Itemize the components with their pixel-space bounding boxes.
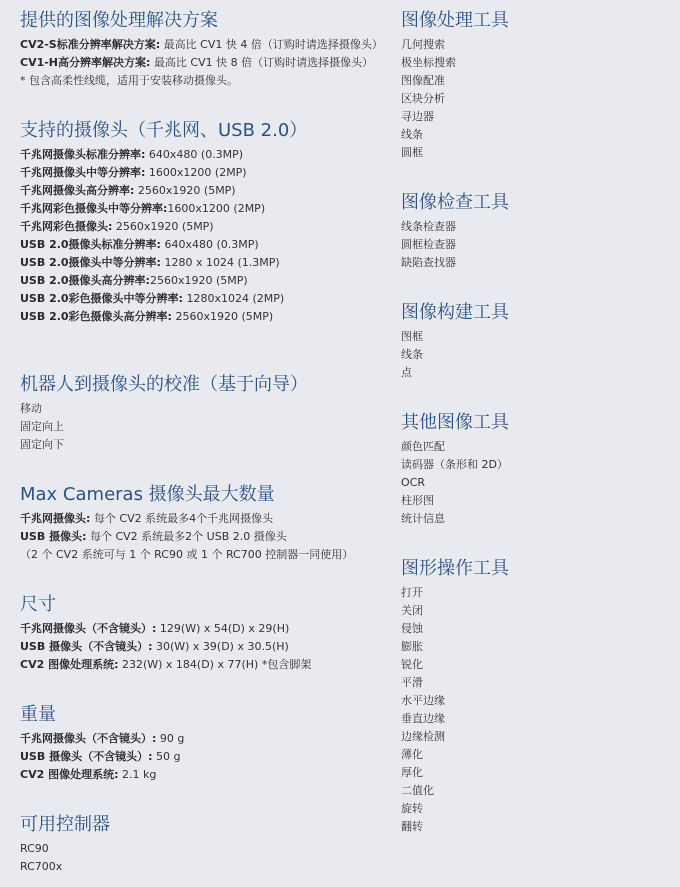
spec-section: Max Cameras 摄像头最大数量千兆网摄像头: 每个 CV2 系统最多4个… — [20, 483, 353, 564]
section-lines: CV2-S标准分辨率解决方案: 最高比 CV1 快 4 倍（订购时请选择摄像头）… — [20, 36, 383, 90]
spec-label: USB 2.0摄像头中等分辨率: — [20, 256, 161, 269]
tool-item: 侵蚀 — [401, 620, 509, 638]
spec-value: 90 g — [156, 732, 184, 745]
tool-list: 图框线条点 — [401, 328, 509, 382]
spec-label: 千兆网彩色摄像头: — [20, 220, 112, 233]
spec-value: 2.1 kg — [118, 768, 156, 781]
spec-label: 千兆网摄像头: — [20, 512, 90, 525]
spec-label: USB 2.0彩色摄像头高分辨率: — [20, 310, 172, 323]
spec-section: 可用控制器RC90RC700x — [20, 813, 110, 876]
spec-value: 1600x1200 (2MP) — [167, 202, 265, 215]
spec-line: USB 2.0彩色摄像头中等分辨率: 1280x1024 (2MP) — [20, 290, 307, 308]
spec-line: 固定向上 — [20, 418, 308, 436]
section-title: 图像构建工具 — [401, 301, 509, 325]
tool-item: 圆框 — [401, 144, 509, 162]
section-lines: 千兆网摄像头（不含镜头）: 90 gUSB 摄像头（不含镜头）: 50 gCV2… — [20, 730, 184, 784]
spec-value: 2560x1920 (5MP) — [150, 274, 248, 287]
section-lines: 千兆网摄像头: 每个 CV2 系统最多4个千兆网摄像头USB 摄像头: 每个 C… — [20, 510, 353, 564]
spec-line: （2 个 CV2 系统可与 1 个 RC90 或 1 个 RC700 控制器一同… — [20, 546, 353, 564]
spec-line: USB 2.0摄像头中等分辨率: 1280 x 1024 (1.3MP) — [20, 254, 307, 272]
spec-line: 千兆网摄像头标准分辨率: 640x480 (0.3MP) — [20, 146, 307, 164]
section-title: 图像检查工具 — [401, 191, 509, 215]
spec-line: 千兆网摄像头（不含镜头）: 90 g — [20, 730, 184, 748]
spec-value: 每个 CV2 系统最多4个千兆网摄像头 — [90, 512, 273, 525]
tool-item: 图框 — [401, 328, 509, 346]
spec-value: 30(W) x 39(D) x 30.5(H) — [152, 640, 288, 653]
tool-item: 薄化 — [401, 746, 509, 764]
section-lines: 千兆网摄像头（不含镜头）: 129(W) x 54(D) x 29(H)USB … — [20, 620, 311, 674]
tool-item: 读码器（条形和 2D） — [401, 456, 509, 474]
tool-item: 几何搜索 — [401, 36, 509, 54]
spec-value: 232(W) x 184(D) x 77(H) *包含脚架 — [118, 658, 311, 671]
tool-item: 线条检查器 — [401, 218, 509, 236]
tool-item: 边缘检测 — [401, 728, 509, 746]
spec-line: CV2 图像处理系统: 2.1 kg — [20, 766, 184, 784]
spec-value: 640x480 (0.3MP) — [161, 238, 259, 251]
spec-label: USB 2.0彩色摄像头中等分辨率: — [20, 292, 183, 305]
spec-line: CV2-S标准分辨率解决方案: 最高比 CV1 快 4 倍（订购时请选择摄像头） — [20, 36, 383, 54]
tool-item: 平滑 — [401, 674, 509, 692]
spec-value: RC700x — [20, 860, 62, 873]
spec-value: 1280 x 1024 (1.3MP) — [161, 256, 280, 269]
spec-label: 千兆网摄像头中等分辨率: — [20, 166, 145, 179]
tool-item: 图像配准 — [401, 72, 509, 90]
section-title: 提供的图像处理解决方案 — [20, 9, 383, 33]
tool-item: 圆框检查器 — [401, 236, 509, 254]
spec-line: 千兆网摄像头: 每个 CV2 系统最多4个千兆网摄像头 — [20, 510, 353, 528]
tool-item: 垂直边缘 — [401, 710, 509, 728]
spec-label: CV2-S标准分辨率解决方案: — [20, 38, 160, 51]
spec-value: * 包含高柔性线缆，适用于安装移动摄像头。 — [20, 74, 238, 87]
spec-label: 千兆网摄像头（不含镜头）: — [20, 622, 156, 635]
tool-list: 颜色匹配读码器（条形和 2D）OCR柱形图统计信息 — [401, 438, 509, 528]
spec-label: USB 摄像头（不含镜头）: — [20, 640, 152, 653]
spec-value: 129(W) x 54(D) x 29(H) — [156, 622, 289, 635]
tool-item: 点 — [401, 364, 509, 382]
spec-section: 尺寸千兆网摄像头（不含镜头）: 129(W) x 54(D) x 29(H)US… — [20, 593, 311, 674]
spec-line: 固定向下 — [20, 436, 308, 454]
tool-list: 几何搜索极坐标搜索图像配准区块分析寻边器线条圆框 — [401, 36, 509, 162]
section-lines: 千兆网摄像头标准分辨率: 640x480 (0.3MP)千兆网摄像头中等分辨率:… — [20, 146, 307, 326]
section-title: 其他图像工具 — [401, 411, 509, 435]
spec-line: 千兆网摄像头高分辨率: 2560x1920 (5MP) — [20, 182, 307, 200]
spec-value: 固定向上 — [20, 420, 64, 433]
tool-item: 柱形图 — [401, 492, 509, 510]
spec-line: 千兆网彩色摄像头中等分辨率:1600x1200 (2MP) — [20, 200, 307, 218]
section-title: 图像处理工具 — [401, 9, 509, 33]
spec-label: USB 2.0摄像头高分辨率: — [20, 274, 150, 287]
spec-value: 50 g — [152, 750, 180, 763]
spec-value: 2560x1920 (5MP) — [172, 310, 273, 323]
section-title: Max Cameras 摄像头最大数量 — [20, 483, 353, 507]
spec-section: 重量千兆网摄像头（不含镜头）: 90 gUSB 摄像头（不含镜头）: 50 gC… — [20, 703, 184, 784]
tool-item: 线条 — [401, 126, 509, 144]
spec-line: USB 摄像头: 每个 CV2 系统最多2个 USB 2.0 摄像头 — [20, 528, 353, 546]
tool-item: 线条 — [401, 346, 509, 364]
spec-value: （2 个 CV2 系统可与 1 个 RC90 或 1 个 RC700 控制器一同… — [20, 548, 353, 561]
spec-label: USB 摄像头: — [20, 530, 86, 543]
spec-value: 1280x1024 (2MP) — [183, 292, 284, 305]
section-title: 支持的摄像头（千兆网、USB 2.0） — [20, 119, 307, 143]
tool-item: 厚化 — [401, 764, 509, 782]
section-title: 重量 — [20, 703, 184, 727]
spec-value: 1600x1200 (2MP) — [145, 166, 246, 179]
spec-line: USB 2.0彩色摄像头高分辨率: 2560x1920 (5MP) — [20, 308, 307, 326]
spec-value: 最高比 CV1 快 4 倍（订购时请选择摄像头） — [160, 38, 383, 51]
tool-item: 翻转 — [401, 818, 509, 836]
section-title: 尺寸 — [20, 593, 311, 617]
spec-line: USB 摄像头（不含镜头）: 50 g — [20, 748, 184, 766]
spec-value: 2560x1920 (5MP) — [134, 184, 235, 197]
spec-value: 移动 — [20, 402, 42, 415]
spec-label: 千兆网摄像头高分辨率: — [20, 184, 134, 197]
tool-item: 缺陷查找器 — [401, 254, 509, 272]
spec-value: 每个 CV2 系统最多2个 USB 2.0 摄像头 — [86, 530, 286, 543]
tool-section: 图像处理工具几何搜索极坐标搜索图像配准区块分析寻边器线条圆框 — [401, 9, 509, 162]
spec-line: RC90 — [20, 840, 110, 858]
section-lines: RC90RC700x — [20, 840, 110, 876]
tool-section: 图像构建工具图框线条点 — [401, 301, 509, 382]
spec-value: 最高比 CV1 快 8 倍（订购时请选择摄像头） — [150, 56, 373, 69]
tool-list: 线条检查器圆框检查器缺陷查找器 — [401, 218, 509, 272]
spec-label: CV1-H高分辨率解决方案: — [20, 56, 150, 69]
spec-line: 千兆网彩色摄像头: 2560x1920 (5MP) — [20, 218, 307, 236]
section-title: 图形操作工具 — [401, 557, 509, 581]
spec-line: 千兆网摄像头（不含镜头）: 129(W) x 54(D) x 29(H) — [20, 620, 311, 638]
spec-label: USB 2.0摄像头标准分辨率: — [20, 238, 161, 251]
spec-label: USB 摄像头（不含镜头）: — [20, 750, 152, 763]
spec-value: 2560x1920 (5MP) — [112, 220, 213, 233]
spec-section: 机器人到摄像头的校准（基于向导）移动固定向上固定向下 — [20, 373, 308, 454]
spec-label: 千兆网摄像头（不含镜头）: — [20, 732, 156, 745]
spec-line: 千兆网摄像头中等分辨率: 1600x1200 (2MP) — [20, 164, 307, 182]
spec-line: USB 摄像头（不含镜头）: 30(W) x 39(D) x 30.5(H) — [20, 638, 311, 656]
spec-label: CV2 图像处理系统: — [20, 658, 118, 671]
tool-item: 二值化 — [401, 782, 509, 800]
spec-label: CV2 图像处理系统: — [20, 768, 118, 781]
spec-line: RC700x — [20, 858, 110, 876]
spec-value: 640x480 (0.3MP) — [145, 148, 243, 161]
tool-item: 打开 — [401, 584, 509, 602]
section-lines: 移动固定向上固定向下 — [20, 400, 308, 454]
tool-section: 图形操作工具打开关闭侵蚀膨胀锐化平滑水平边缘垂直边缘边缘检测薄化厚化二值化旋转翻… — [401, 557, 509, 836]
tool-section: 图像检查工具线条检查器圆框检查器缺陷查找器 — [401, 191, 509, 272]
section-title: 机器人到摄像头的校准（基于向导） — [20, 373, 308, 397]
tool-item: 锐化 — [401, 656, 509, 674]
section-title: 可用控制器 — [20, 813, 110, 837]
tool-item: 水平边缘 — [401, 692, 509, 710]
tool-item: 旋转 — [401, 800, 509, 818]
tool-item: 颜色匹配 — [401, 438, 509, 456]
tool-item: 区块分析 — [401, 90, 509, 108]
spec-line: 移动 — [20, 400, 308, 418]
spec-label: 千兆网摄像头标准分辨率: — [20, 148, 145, 161]
spec-line: CV2 图像处理系统: 232(W) x 184(D) x 77(H) *包含脚… — [20, 656, 311, 674]
spec-value: RC90 — [20, 842, 49, 855]
tool-list: 打开关闭侵蚀膨胀锐化平滑水平边缘垂直边缘边缘检测薄化厚化二值化旋转翻转 — [401, 584, 509, 836]
tool-item: 膨胀 — [401, 638, 509, 656]
tool-item: 寻边器 — [401, 108, 509, 126]
tool-item: 极坐标搜索 — [401, 54, 509, 72]
spec-section: 提供的图像处理解决方案CV2-S标准分辨率解决方案: 最高比 CV1 快 4 倍… — [20, 9, 383, 90]
spec-line: USB 2.0摄像头标准分辨率: 640x480 (0.3MP) — [20, 236, 307, 254]
tool-section: 其他图像工具颜色匹配读码器（条形和 2D）OCR柱形图统计信息 — [401, 411, 509, 528]
spec-label: 千兆网彩色摄像头中等分辨率: — [20, 202, 167, 215]
spec-line: CV1-H高分辨率解决方案: 最高比 CV1 快 8 倍（订购时请选择摄像头） — [20, 54, 383, 72]
spec-line: * 包含高柔性线缆，适用于安装移动摄像头。 — [20, 72, 383, 90]
spec-section: 支持的摄像头（千兆网、USB 2.0）千兆网摄像头标准分辨率: 640x480 … — [20, 119, 307, 326]
tool-item: 统计信息 — [401, 510, 509, 528]
tool-item: OCR — [401, 474, 509, 492]
tool-item: 关闭 — [401, 602, 509, 620]
spec-value: 固定向下 — [20, 438, 64, 451]
spec-line: USB 2.0摄像头高分辨率:2560x1920 (5MP) — [20, 272, 307, 290]
